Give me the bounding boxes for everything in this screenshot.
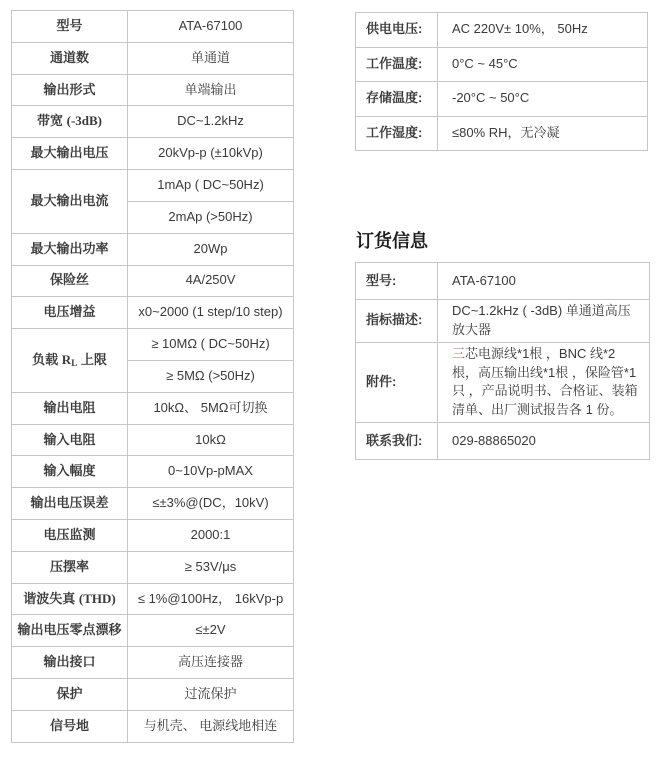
spec-row: 负载 RL 上限≥ 10MΩ ( DC~50Hz) — [12, 329, 294, 361]
env-value-cell: AC 220V± 10%， 50Hz — [438, 13, 648, 48]
environment-table: 供电电压:AC 220V± 10%， 50Hz工作温度:0°C ~ 45°C存储… — [355, 12, 648, 151]
spec-value-cell: ≥ 10MΩ ( DC~50Hz) — [128, 329, 294, 361]
spec-row: 型号ATA-67100 — [12, 11, 294, 43]
env-value-cell: ≤80% RH，无冷凝 — [438, 116, 648, 151]
spec-value-cell: 2000:1 — [128, 520, 294, 552]
order-label-cell: 联系我们: — [356, 423, 438, 460]
spec-value-cell: DC~1.2kHz — [128, 106, 294, 138]
spec-label-cell: 信号地 — [12, 710, 128, 742]
spec-row: 保险丝4A/250V — [12, 265, 294, 297]
spec-value-cell: 2mAp (>50Hz) — [128, 201, 294, 233]
env-value-cell: 0°C ~ 45°C — [438, 47, 648, 82]
text-segment: (THD) — [79, 591, 116, 606]
spec-row: 保护过流保护 — [12, 679, 294, 711]
spec-label-cell: 型号 — [12, 11, 128, 43]
spec-value-cell: 过流保护 — [128, 679, 294, 711]
env-row: 供电电压:AC 220V± 10%， 50Hz — [356, 13, 648, 48]
order-value-cell: 029-88865020 — [438, 423, 650, 460]
spec-row: 压摆率≥ 53V/μs — [12, 551, 294, 583]
order-row: 型号:ATA-67100 — [356, 263, 650, 300]
spec-row: 输出电压零点漂移≤±2V — [12, 615, 294, 647]
spec-row: 带宽 (-3dB)DC~1.2kHz — [12, 106, 294, 138]
spec-row: 谐波失真 (THD)≤ 1%@100Hz， 16kVp-p — [12, 583, 294, 615]
spec-label-cell: 最大输出电流 — [12, 170, 128, 234]
text-segment: 三 — [452, 346, 465, 361]
spec-label-cell: 通道数 — [12, 42, 128, 74]
order-label-cell: 指标描述: — [356, 300, 438, 343]
text-segment: R — [62, 352, 71, 367]
spec-value-cell: 20Wp — [128, 233, 294, 265]
spec-row: 电压增益x0~2000 (1 step/10 step) — [12, 297, 294, 329]
spec-row: 输出接口高压连接器 — [12, 647, 294, 679]
specification-table: 型号ATA-67100通道数单通道输出形式单端输出带宽 (-3dB)DC~1.2… — [11, 10, 294, 743]
spec-value-cell: ≤ 1%@100Hz， 16kVp-p — [128, 583, 294, 615]
env-value-cell: -20°C ~ 50°C — [438, 82, 648, 117]
spec-label-cell: 谐波失真 (THD) — [12, 583, 128, 615]
environment-table-body: 供电电压:AC 220V± 10%， 50Hz工作温度:0°C ~ 45°C存储… — [356, 13, 648, 151]
spec-value-cell: 1mAp ( DC~50Hz) — [128, 170, 294, 202]
spec-row: 输入幅度0~10Vp-pMAX — [12, 456, 294, 488]
spec-value-cell: ≤±3%@(DC，10kV) — [128, 488, 294, 520]
spec-label-cell: 输出接口 — [12, 647, 128, 679]
spec-row: 输出电阻10kΩ、 5MΩ可切换 — [12, 392, 294, 424]
spec-label-cell: 负载 RL 上限 — [12, 329, 128, 393]
env-label-cell: 供电电压: — [356, 13, 438, 48]
spec-label-cell: 保护 — [12, 679, 128, 711]
spec-value-cell: 20kVp-p (±10kVp) — [128, 138, 294, 170]
env-label-cell: 存储温度: — [356, 82, 438, 117]
text-segment: (-3dB) — [67, 113, 102, 128]
env-label-cell: 工作温度: — [356, 47, 438, 82]
spec-row: 最大输出电流1mAp ( DC~50Hz) — [12, 170, 294, 202]
env-row: 存储温度:-20°C ~ 50°C — [356, 82, 648, 117]
spec-value-cell: 10kΩ — [128, 424, 294, 456]
order-value-cell: DC~1.2kHz ( -3dB) 单通道高压放大器 — [438, 300, 650, 343]
spec-value-cell: ≤±2V — [128, 615, 294, 647]
spec-label-cell: 输出形式 — [12, 74, 128, 106]
spec-label-cell: 保险丝 — [12, 265, 128, 297]
ordering-info-heading: 订货信息 — [356, 227, 428, 253]
spec-row: 通道数单通道 — [12, 42, 294, 74]
spec-value-cell: x0~2000 (1 step/10 step) — [128, 297, 294, 329]
order-row: 指标描述:DC~1.2kHz ( -3dB) 单通道高压放大器 — [356, 300, 650, 343]
text-segment: 谐波失真 — [23, 591, 79, 606]
spec-label-cell: 输出电阻 — [12, 392, 128, 424]
spec-value-cell: ≥ 53V/μs — [128, 551, 294, 583]
text-segment: 带宽 — [37, 113, 67, 128]
spec-label-cell: 电压监测 — [12, 520, 128, 552]
text-segment: 芯电源线*1根 ，BNC 线*2 根，高压输出线*1根 ，保险管*1只 ，产品说… — [452, 346, 638, 418]
spec-label-cell: 电压增益 — [12, 297, 128, 329]
spec-label-cell: 输出电压误差 — [12, 488, 128, 520]
spec-value-cell: 0~10Vp-pMAX — [128, 456, 294, 488]
spec-row: 输入电阻10kΩ — [12, 424, 294, 456]
ordering-table: 型号:ATA-67100指标描述:DC~1.2kHz ( -3dB) 单通道高压… — [355, 262, 650, 460]
env-row: 工作湿度:≤80% RH，无冷凝 — [356, 116, 648, 151]
ordering-table-body: 型号:ATA-67100指标描述:DC~1.2kHz ( -3dB) 单通道高压… — [356, 263, 650, 460]
spec-value-cell: 4A/250V — [128, 265, 294, 297]
order-value-cell: 三芯电源线*1根 ，BNC 线*2 根，高压输出线*1根 ，保险管*1只 ，产品… — [438, 342, 650, 422]
env-row: 工作温度:0°C ~ 45°C — [356, 47, 648, 82]
text-segment: 上限 — [77, 352, 107, 367]
spec-page: { "colors": { "background": "#ffffff", "… — [0, 0, 660, 759]
spec-value-cell: 单通道 — [128, 42, 294, 74]
spec-label-cell: 压摆率 — [12, 551, 128, 583]
spec-value-cell: 与机壳、 电源线地相连 — [128, 710, 294, 742]
spec-row: 最大输出功率20Wp — [12, 233, 294, 265]
spec-row: 输出形式单端输出 — [12, 74, 294, 106]
specification-table-body: 型号ATA-67100通道数单通道输出形式单端输出带宽 (-3dB)DC~1.2… — [12, 11, 294, 743]
spec-row: 电压监测2000:1 — [12, 520, 294, 552]
spec-row: 最大输出电压20kVp-p (±10kVp) — [12, 138, 294, 170]
text-segment: 负载 — [32, 352, 62, 367]
spec-label-cell: 带宽 (-3dB) — [12, 106, 128, 138]
spec-row: 信号地与机壳、 电源线地相连 — [12, 710, 294, 742]
order-value-cell: ATA-67100 — [438, 263, 650, 300]
order-row: 联系我们:029-88865020 — [356, 423, 650, 460]
spec-label-cell: 最大输出功率 — [12, 233, 128, 265]
spec-value-cell: 高压连接器 — [128, 647, 294, 679]
spec-label-cell: 最大输出电压 — [12, 138, 128, 170]
spec-label-cell: 输入幅度 — [12, 456, 128, 488]
spec-label-cell: 输出电压零点漂移 — [12, 615, 128, 647]
spec-value-cell: ≥ 5MΩ (>50Hz) — [128, 360, 294, 392]
spec-row: 输出电压误差≤±3%@(DC，10kV) — [12, 488, 294, 520]
env-label-cell: 工作湿度: — [356, 116, 438, 151]
order-row: 附件:三芯电源线*1根 ，BNC 线*2 根，高压输出线*1根 ，保险管*1只 … — [356, 342, 650, 422]
spec-label-cell: 输入电阻 — [12, 424, 128, 456]
spec-value-cell: ATA-67100 — [128, 11, 294, 43]
spec-value-cell: 10kΩ、 5MΩ可切换 — [128, 392, 294, 424]
order-label-cell: 型号: — [356, 263, 438, 300]
spec-value-cell: 单端输出 — [128, 74, 294, 106]
order-label-cell: 附件: — [356, 342, 438, 422]
